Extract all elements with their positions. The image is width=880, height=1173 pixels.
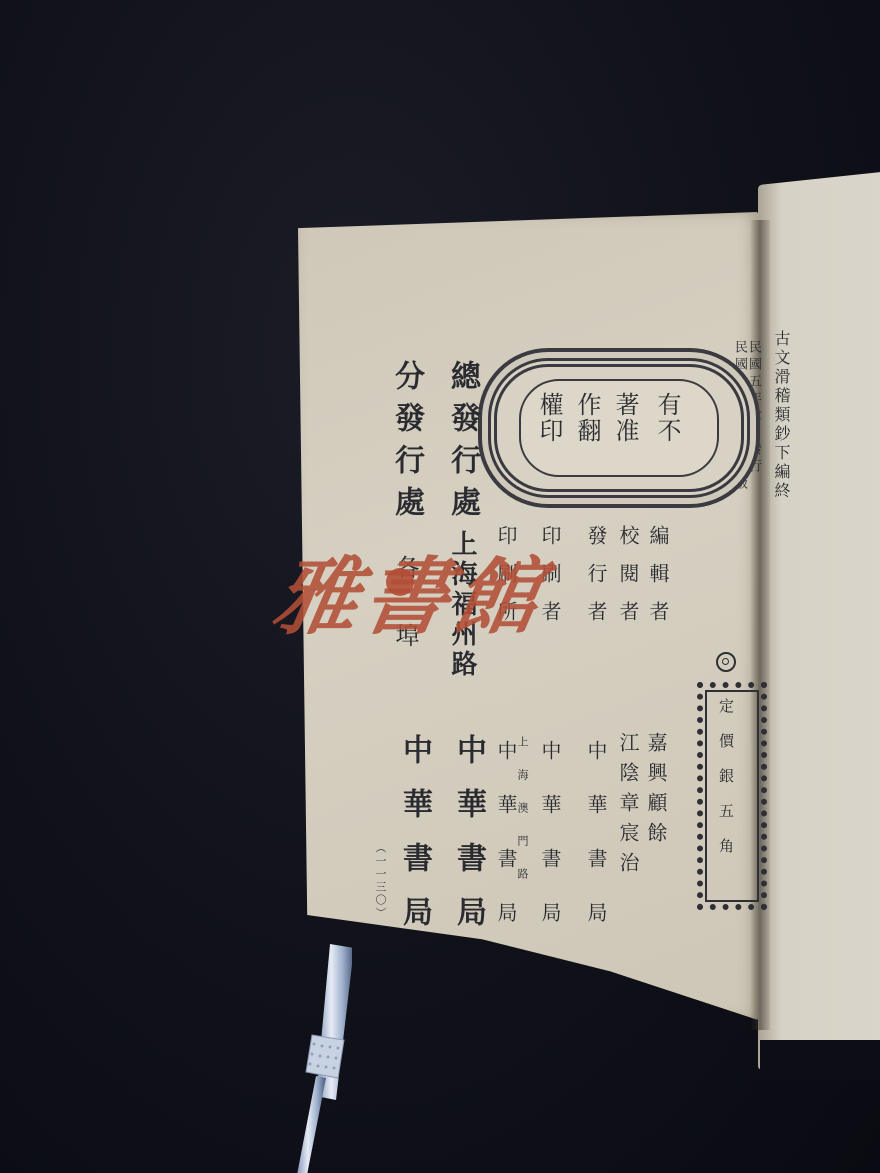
- catalog-number: （一一三〇）: [372, 842, 388, 920]
- proofreader-label: 校閱者: [614, 525, 643, 639]
- branch-office-name: 中華書局: [392, 734, 436, 950]
- stamp-dot: [386, 568, 414, 596]
- publisher-name: 中華書局: [582, 740, 611, 956]
- publisher-label: 發行者: [582, 525, 611, 639]
- branch-office-label: 分發行處: [384, 360, 428, 528]
- seal-column-3: 作翻: [570, 392, 605, 444]
- metal-pen-tool-icon: [292, 940, 352, 1173]
- printing-house-address: 上海澳門路: [514, 736, 530, 901]
- book-title-end: 古文滑稽類鈔下編終: [770, 330, 793, 501]
- seal-column-2: 著准: [608, 392, 643, 444]
- facing-page-shadow: [760, 1040, 880, 1080]
- seal-column-4: 權印: [532, 392, 567, 444]
- editor-name: 嘉興顧餘: [642, 732, 671, 852]
- editor-label: 編輯者: [644, 525, 673, 639]
- head-office-name: 中華書局: [446, 734, 490, 950]
- price-label: 定價銀五角: [716, 698, 737, 873]
- facing-page: [758, 171, 880, 1070]
- head-office-label: 總發行處: [440, 360, 484, 528]
- proofreader-name: 江陰章宸治: [614, 732, 643, 882]
- seal-column-1: 有不: [650, 392, 685, 444]
- circle-mark-icon: [716, 652, 736, 672]
- printer-name: 中華書局: [536, 740, 565, 956]
